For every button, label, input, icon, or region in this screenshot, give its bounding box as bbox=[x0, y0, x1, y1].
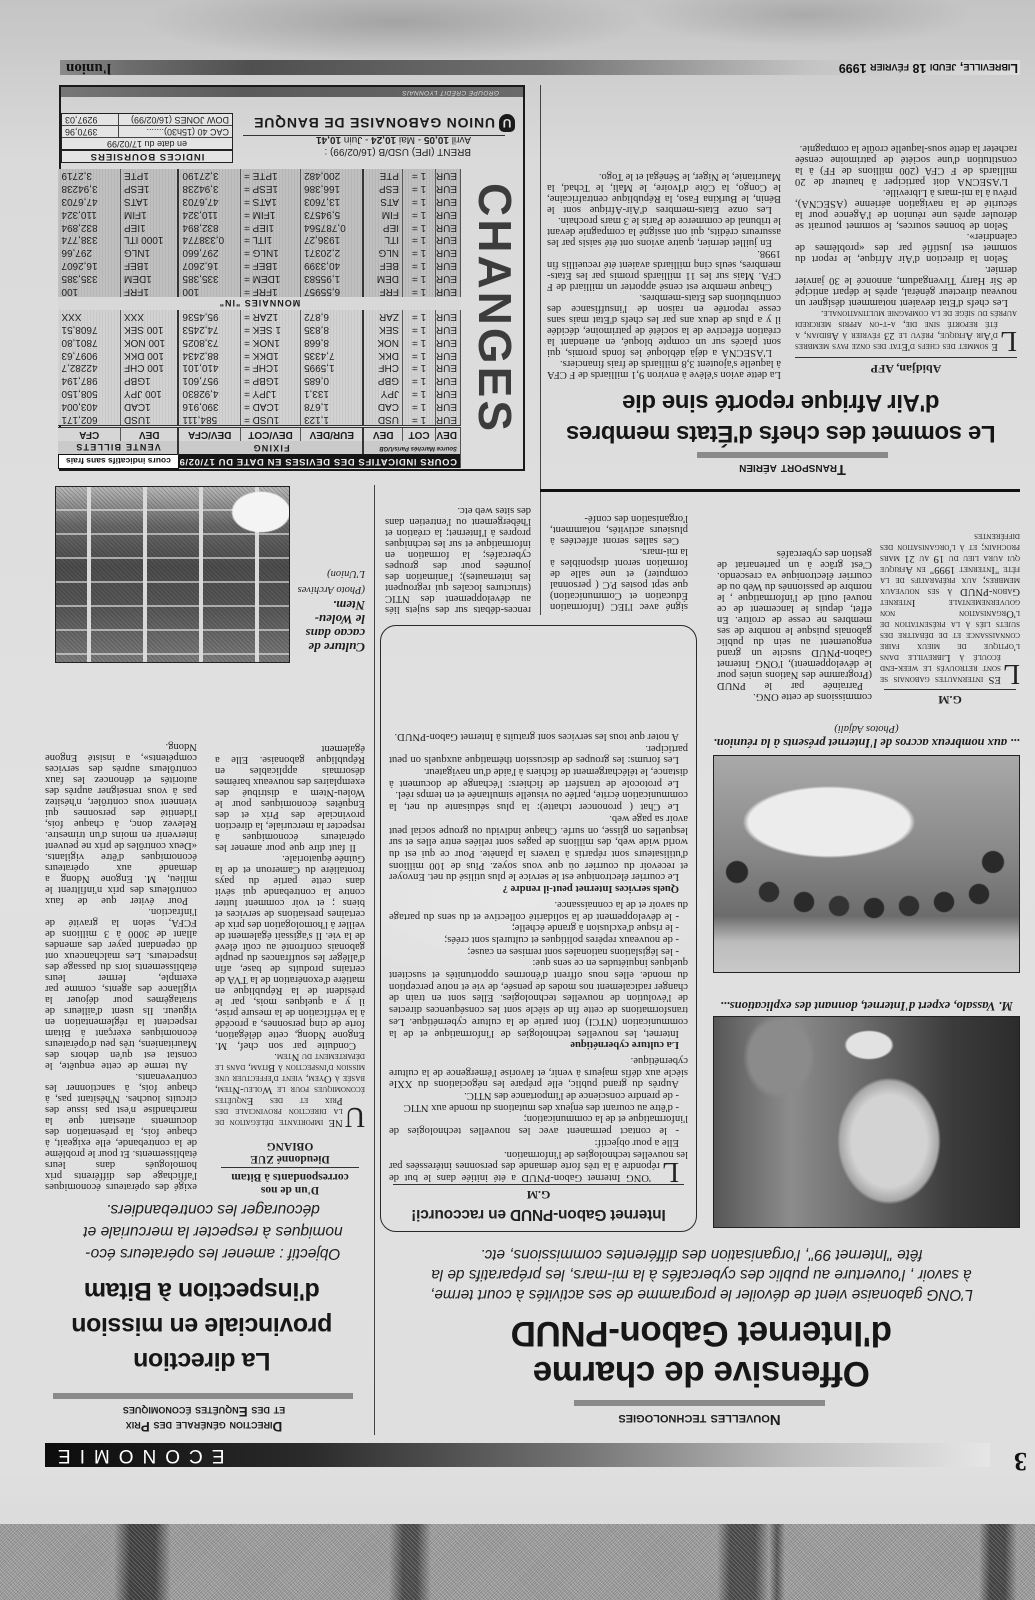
paragraph: - le développement de la solidarité coll… bbox=[389, 898, 688, 921]
column-header: DEV bbox=[364, 427, 403, 442]
photo-vassalo bbox=[713, 1016, 1020, 1228]
caption-text: Culture de cacao dans le Woleu-Ntem. bbox=[305, 598, 365, 655]
column-header: COT bbox=[403, 427, 436, 442]
currency-code: SEK bbox=[364, 323, 403, 336]
base-currency: EUR bbox=[436, 323, 461, 336]
headline-line: provinciale en mission bbox=[72, 1312, 333, 1340]
table-note: cours indicatifs sans frais bbox=[58, 455, 178, 469]
exchange-rates-box: CHANGES COURS INDICATIFS DES DEVISES EN … bbox=[59, 85, 525, 471]
paragraph: Selon la direction d'Air Afrique, le rep… bbox=[795, 231, 1017, 264]
currency-code: FRF bbox=[364, 284, 403, 297]
currency-row: EUR1 =NLG2,203711NLG =297,6601NLG297,66 bbox=[58, 246, 460, 259]
standfirst-line: décourager les contrebandiers. bbox=[106, 1201, 320, 1218]
index-label: DOW JONES (16/02/99) bbox=[118, 114, 232, 125]
base-currency: EUR bbox=[436, 246, 461, 259]
fixing-unit: 1ZAR = bbox=[241, 310, 301, 323]
banknote-unit: 100 CHF bbox=[120, 361, 178, 374]
fixing-unit: 1IEP = bbox=[241, 220, 301, 233]
currency-row: EUR1 =DEM1,955831DEM =335,3851DEM335,385 bbox=[58, 271, 460, 284]
currency-row: EUR1 =ITL1936,271ITL =0,3387741000 ITL33… bbox=[58, 233, 460, 246]
currency-row: EUR1 =FRF6,559571FRF =1001FRF100 bbox=[58, 284, 460, 297]
equals: 1 = bbox=[403, 310, 436, 323]
fixing-cfa: 957,601 bbox=[178, 374, 240, 387]
base-currency: EUR bbox=[436, 182, 461, 195]
currency-row: EUR1 =ESP166,3861ESP =3,942381ESP3,94238 bbox=[58, 182, 460, 195]
air-afrique-headline: Le sommet des chefs d'États membres d'Ai… bbox=[542, 387, 1020, 449]
headline-line: Le sommet des chefs d'États membres bbox=[566, 420, 995, 447]
article-byline: G.M bbox=[880, 693, 1020, 707]
kicker-bar bbox=[53, 1393, 353, 1399]
currency-row: EUR1 =USD1,1231USD =584,1111USD602,171 bbox=[58, 412, 460, 426]
index-value: 3970,96 bbox=[62, 126, 118, 137]
banknote-unit: 1GBP bbox=[120, 374, 178, 387]
banknote-sell-cfa: 3,94238 bbox=[58, 182, 120, 195]
banknote-unit: 1ATS bbox=[120, 195, 178, 208]
paragraph: L'ASECNA a déjà débloqué les fonds promi… bbox=[547, 292, 781, 358]
scanner-bed-edge bbox=[0, 1524, 1035, 1600]
currency-code: NLG bbox=[364, 246, 403, 259]
fixing-cfa: 410,101 bbox=[178, 361, 240, 374]
column-header: CFA bbox=[58, 427, 120, 442]
kicker-line: Direction générale des Prix bbox=[126, 1419, 283, 1434]
equals: 1 = bbox=[403, 182, 436, 195]
headline-line: d'inspection à Bitam bbox=[84, 1277, 319, 1305]
fixing-unit: 1USD = bbox=[241, 412, 301, 426]
currency-code: ATS bbox=[364, 195, 403, 208]
vente-billets-header: VENTE BILLETS bbox=[58, 441, 178, 455]
eur-rate: 5,94573 bbox=[301, 207, 364, 220]
paragraph: Internet, les nouvelles technologies de … bbox=[389, 957, 688, 1039]
paragraph: - de prendre conscience de l'importance … bbox=[389, 1089, 688, 1101]
newspaper-page: 3 ECONOMIE Nouvelles technologies Offens… bbox=[0, 0, 1035, 1600]
subhead: La culture cybernétique bbox=[389, 1039, 688, 1051]
paragraph: - de nouveaux repères politiques et cult… bbox=[389, 933, 688, 945]
banknote-unit: 100 NOK bbox=[120, 335, 178, 348]
brent-oil-prices: BRENT (IPE) USD/B (16/02/99) : Avril 10,… bbox=[241, 133, 471, 157]
fixing-unit: 1JPY = bbox=[241, 387, 301, 400]
paragraph: Les forums: les groupes de discussion th… bbox=[389, 742, 688, 765]
fixing-cfa: 16,2607 bbox=[178, 259, 240, 272]
banknote-unit: 1000 ITL bbox=[120, 233, 178, 246]
bank-signature: U UNION GABONAISE DE BANQUE bbox=[253, 114, 515, 132]
bank-group: GROUPE CRÉDIT LYONNAIS bbox=[402, 87, 499, 97]
banknote-unit: 1DEM bbox=[120, 271, 178, 284]
drop-cap: L bbox=[1000, 329, 1017, 351]
currency-code: GBP bbox=[364, 374, 403, 387]
currency-code: IEP bbox=[364, 220, 403, 233]
headline-line: Offensive de charme bbox=[533, 1354, 870, 1393]
equals: 1 = bbox=[403, 195, 436, 208]
fixing-cfa: 47,6703 bbox=[178, 195, 240, 208]
sidebar-box: Internet Gabon-PNUD en raccourci! G.M L'… bbox=[380, 625, 697, 1232]
bank-group-bar: GROUPE CRÉDIT LYONNAIS bbox=[61, 87, 523, 97]
index-row: DOW JONES (16/02/99) 9297,03 bbox=[62, 114, 232, 125]
column-header: EUR/DEV bbox=[301, 427, 364, 442]
fixing-unit: 1FIM = bbox=[241, 207, 301, 220]
equals: 1 = bbox=[403, 271, 436, 284]
currency-code: JPY bbox=[364, 387, 403, 400]
eur-rate: 0,787564 bbox=[301, 220, 364, 233]
equals: 1 = bbox=[403, 374, 436, 387]
bank-logo-icon: U bbox=[499, 114, 515, 132]
eur-rate: 13,7603 bbox=[301, 195, 364, 208]
paragraph: UNE importante délégation de la directio… bbox=[215, 1051, 365, 1128]
paragraph: La dette avion s'élève à environ 9,1 mil… bbox=[547, 358, 781, 380]
equals: 1 = bbox=[403, 412, 436, 426]
eur-rate: 1,678 bbox=[301, 399, 364, 412]
equals: 1 = bbox=[403, 361, 436, 374]
currency-row: EUR1 =SEK8,8351 SEK =74,2453100 SEK7608,… bbox=[58, 323, 460, 336]
paragraph: Le protocole de transfert de fichiers: l… bbox=[389, 765, 688, 788]
currency-code: ITL bbox=[364, 233, 403, 246]
euro-currency-rows: EUR1 =FRF6,559571FRF =1001FRF100EUR1 =DE… bbox=[58, 169, 460, 297]
currency-row: EUR1 =ATS13,76031ATS =47,67031ATS47,6703 bbox=[58, 195, 460, 208]
byline-intro: D'un de nos bbox=[215, 1183, 365, 1196]
banknote-sell-cfa: 338,774 bbox=[58, 233, 120, 246]
equals: 1 = bbox=[403, 348, 436, 361]
section-banner: ECONOMIE bbox=[45, 1443, 990, 1467]
bitam-column-1: UNE importante délégation de la directio… bbox=[215, 673, 365, 1128]
currency-code: CAD bbox=[364, 399, 403, 412]
changes-label: CHANGES bbox=[470, 166, 520, 451]
indices-title: INDICES BOURSIERS bbox=[62, 149, 232, 162]
air-afrique-kicker: Transport aérien bbox=[697, 460, 888, 477]
eur-rate: 1,123 bbox=[301, 412, 364, 426]
paragraph: Le courrier électronique est le service … bbox=[389, 812, 688, 882]
paragraph: Les onze Etats-membres d'Air-Afrique son… bbox=[547, 171, 781, 215]
fixing-unit: 1NOK = bbox=[241, 335, 301, 348]
banknote-sell-cfa: 7801,80 bbox=[58, 335, 120, 348]
fixing-cfa: 100 bbox=[178, 284, 240, 297]
eur-rate: 1936,27 bbox=[301, 233, 364, 246]
equals: 1 = bbox=[403, 284, 436, 297]
banknote-unit: 1BEF bbox=[120, 259, 178, 272]
monnaies-in-label: MONNAIES "IN" bbox=[58, 297, 460, 310]
byline-author: Dieudonné ZUE bbox=[215, 1152, 365, 1165]
banknote-unit: 100 DKK bbox=[120, 348, 178, 361]
index-label: CAC 40 (15h30)....... bbox=[118, 126, 232, 137]
fixing-unit: 1ATS = bbox=[241, 195, 301, 208]
paragraph: Conduite par son chef, M. Engone Ndong, … bbox=[215, 853, 365, 1051]
banknote-unit: 1ESP bbox=[120, 182, 178, 195]
column-text: LES internautes gabonais se sont retrouv… bbox=[880, 495, 1020, 685]
eur-rate: 7,4335 bbox=[301, 348, 364, 361]
photo-credit: (Photo Archives L'Union) bbox=[298, 568, 365, 595]
banknote-sell-cfa: 297,66 bbox=[58, 246, 120, 259]
currency-code: ESP bbox=[364, 182, 403, 195]
headline-line: La direction bbox=[134, 1347, 271, 1375]
banknote-sell-cfa: 3,2719 bbox=[58, 169, 120, 182]
banknote-sell-cfa: 987,194 bbox=[58, 374, 120, 387]
table-group-row: Source Marchés Paris/UGB FIXING VENTE BI… bbox=[58, 441, 460, 455]
currency-row: EUR1 =ZAR6,8721ZAR =95,4536XXXXXX bbox=[58, 310, 460, 323]
currency-code: ZAR bbox=[364, 310, 403, 323]
fixing-unit: 1DEM = bbox=[241, 271, 301, 284]
headline-line: d'Air Afrique reporté sine die bbox=[623, 389, 940, 416]
banknote-sell-cfa: 832,894 bbox=[58, 220, 120, 233]
divider bbox=[243, 135, 505, 136]
kicker-bar bbox=[697, 452, 888, 458]
banknote-unit: 1IEP bbox=[120, 220, 178, 233]
column-rule bbox=[374, 485, 375, 1435]
paragraph: Elle a pour objectif: bbox=[389, 1136, 688, 1148]
drop-cap: U bbox=[345, 1105, 365, 1127]
section-title: ECONOMIE bbox=[49, 1444, 224, 1466]
subhead: Quels services Internet peut-il rendre ? bbox=[389, 882, 688, 894]
sidebar-text: L'ONG Internet Gabon-PNUD a été initiée … bbox=[389, 634, 688, 1183]
fixing-unit: 1CHF = bbox=[241, 361, 301, 374]
currency-code: CHF bbox=[364, 361, 403, 374]
fixing-cfa: 74,2453 bbox=[178, 323, 240, 336]
eur-rate: 40,3399 bbox=[301, 259, 364, 272]
banknote-unit: 1FIM bbox=[120, 207, 178, 220]
eur-rate: 166,386 bbox=[301, 182, 364, 195]
divider bbox=[795, 357, 1017, 358]
base-currency: EUR bbox=[436, 361, 461, 374]
banknote-unit: 1USD bbox=[120, 412, 178, 426]
paragraph: LE sommet des chefs d'Etat des onze pays… bbox=[795, 308, 1017, 352]
equals: 1 = bbox=[403, 233, 436, 246]
section-row: MONNAIES "IN" bbox=[58, 297, 460, 310]
internet-column-2: commissions de cette ONG. Parrainée par … bbox=[717, 492, 872, 702]
banknote-sell-cfa: 335,385 bbox=[58, 271, 120, 284]
base-currency: EUR bbox=[436, 399, 461, 412]
base-currency: EUR bbox=[436, 207, 461, 220]
index-value: 9297,03 bbox=[62, 114, 118, 125]
footer-dateline: Libreville, jeudi 18 février 1999 bbox=[839, 60, 1018, 75]
fixing-header: FIXING bbox=[178, 441, 363, 455]
paragraph: - les législations nationales sont remis… bbox=[389, 945, 688, 957]
banknote-unit: 1NLG bbox=[120, 246, 178, 259]
internet-headline: Offensive de charme d'Internet Gabon-PNU… bbox=[380, 1313, 1023, 1393]
base-currency: EUR bbox=[436, 387, 461, 400]
currency-row: EUR1 =BEF40,33991BEF =16,26071BEF16,2607 bbox=[58, 259, 460, 272]
fixing-unit: 1GBP = bbox=[241, 374, 301, 387]
drop-cap: L bbox=[1003, 662, 1020, 684]
equals: 1 = bbox=[403, 246, 436, 259]
eur-rate: 8,835 bbox=[301, 323, 364, 336]
bank-name: UNION GABONAISE DE BANQUE bbox=[253, 114, 495, 132]
base-currency: EUR bbox=[436, 271, 461, 284]
column-header: DEV bbox=[120, 427, 178, 442]
eur-rate: 0,685 bbox=[301, 374, 364, 387]
paragraph: Selon de bonnes sources, le sommet pourr… bbox=[795, 187, 1017, 231]
byline-intro: correspondants à Bitam bbox=[215, 1170, 365, 1183]
column-header: DEV bbox=[436, 427, 461, 442]
banknote-unit: 1PTE bbox=[120, 169, 178, 182]
column-header: DEV/CFA bbox=[178, 427, 240, 442]
base-currency: EUR bbox=[436, 233, 461, 246]
internet-standfirst: L'ONG gabonaise vient de dévoiler le pro… bbox=[380, 1244, 1023, 1304]
equals: 1 = bbox=[403, 335, 436, 348]
internet-column-1: G.M LES internautes gabonais se sont ret… bbox=[880, 495, 1020, 707]
byline-author: OBIANG bbox=[215, 1139, 365, 1152]
base-currency: EUR bbox=[436, 220, 461, 233]
exchange-rates-table: COURS INDICATIFS DES DEVISES EN DATE DU … bbox=[58, 169, 461, 469]
photo-caption-cacao: Culture de cacao dans le Woleu-Ntem. (Ph… bbox=[293, 566, 365, 654]
air-afrique-column-1: LE sommet des chefs d'Etat des onze pays… bbox=[795, 90, 1017, 352]
standfirst-line: L'ONG gabonaise vient de dévoiler le pro… bbox=[430, 1286, 973, 1303]
base-currency: EUR bbox=[436, 412, 461, 426]
photo-caption-meeting: ... aux nombreux accros de l'Internet pr… bbox=[713, 722, 1020, 749]
paragraph: - le contact permanent avec les nouvelle… bbox=[389, 1113, 688, 1136]
kicker-bar bbox=[574, 1400, 825, 1406]
base-currency: EUR bbox=[436, 310, 461, 323]
brent-label: BRENT (IPE) USD/B (16/02/99) : bbox=[241, 145, 471, 157]
fixing-cfa: 832,894 bbox=[178, 220, 240, 233]
paragraph: - le risque d'exclusion à grande échelle… bbox=[389, 922, 688, 934]
eur-rate: 200,482 bbox=[301, 169, 364, 182]
eur-rate: 6,55957 bbox=[301, 284, 364, 297]
banknote-sell-cfa: 508,150 bbox=[58, 387, 120, 400]
fixing-unit: 1NLG = bbox=[241, 246, 301, 259]
eur-rate: 133,1 bbox=[301, 387, 364, 400]
headline-line: d'Internet Gabon-PNUD bbox=[511, 1314, 892, 1353]
base-currency: EUR bbox=[436, 169, 461, 182]
page-footer: Libreville, jeudi 18 février 1999 l'unio… bbox=[60, 60, 1020, 75]
currency-row: EUR1 =CHF1,59951CHF =410,101100 CHF42282… bbox=[58, 361, 460, 374]
equals: 1 = bbox=[403, 169, 436, 182]
sidebar-title: Internet Gabon-PNUD en raccourci! bbox=[381, 1205, 696, 1223]
paragraph: Il faut dire que pour amener les opérate… bbox=[215, 743, 365, 853]
eur-rate: 1,95583 bbox=[301, 271, 364, 284]
photo-credit: (Photos Adjali) bbox=[834, 723, 898, 734]
fixing-cfa: 4,92830 bbox=[178, 387, 240, 400]
paragraph: commissions de cette ONG. bbox=[717, 691, 872, 702]
fixing-cfa: 95,4536 bbox=[178, 310, 240, 323]
paragraph: Les chefs d'Etat devaient notamment dési… bbox=[795, 264, 1017, 308]
sidebar-byline: G.M bbox=[381, 1188, 696, 1202]
paragraph: Auprès du grand public, elle prépare les… bbox=[389, 1054, 688, 1089]
currency-code: PTE bbox=[364, 169, 403, 182]
page-number: 3 bbox=[1014, 1446, 1027, 1476]
banknote-sell-cfa: 403,004 bbox=[58, 399, 120, 412]
divider bbox=[393, 1184, 684, 1185]
bitam-headline: La direction provinciale en mission d'in… bbox=[37, 1273, 367, 1378]
fixing-cfa: 88,2434 bbox=[178, 348, 240, 361]
currency-row: EUR1 =CAD1,6781CAD =390,9161CAD403,004 bbox=[58, 399, 460, 412]
banknote-sell-cfa: 602,171 bbox=[58, 412, 120, 426]
currency-row: EUR1 =NOK8,6681NOK =73,8025100 NOK7801,8… bbox=[58, 335, 460, 348]
paragraph: Ces salles seront affectées à plusieurs … bbox=[550, 513, 688, 546]
foreign-currency-rows: EUR1 =USD1,1231USD =584,1111USD602,171EU… bbox=[58, 310, 460, 427]
divider bbox=[884, 689, 1016, 690]
base-currency: EUR bbox=[436, 335, 461, 348]
internet-column-4: rences-débats sur des sujets liés au dév… bbox=[385, 489, 531, 615]
caption-text: M. Vassalo, expert d'Internet, donnant d… bbox=[720, 999, 1012, 1013]
air-afrique-column-2: La dette avion s'élève à environ 9,1 mil… bbox=[547, 88, 781, 380]
paragraph: signé avec l'IEC (Information Éducation … bbox=[550, 546, 688, 612]
base-currency: EUR bbox=[436, 195, 461, 208]
currency-code: BEF bbox=[364, 259, 403, 272]
bitam-byline: D'un de nos correspondants à Bitam Dieud… bbox=[215, 1139, 365, 1196]
currency-code: FIM bbox=[364, 207, 403, 220]
table-source: Source Marchés Paris/UGB bbox=[364, 441, 461, 455]
air-afrique-dateline: Abidjan, AFP bbox=[795, 362, 1017, 376]
banknote-unit: 100 SEK bbox=[120, 323, 178, 336]
banknote-sell-cfa: 7608,51 bbox=[58, 323, 120, 336]
base-currency: EUR bbox=[436, 348, 461, 361]
banknote-sell-cfa: 110,324 bbox=[58, 207, 120, 220]
paragraph: En juillet dernier, quatre avions ont ét… bbox=[547, 215, 781, 248]
banknote-sell-cfa: 9097,63 bbox=[58, 348, 120, 361]
standfirst-line: à savoir , l'ouverture au public des cyb… bbox=[431, 1266, 971, 1283]
paragraph: rences-débats sur des sujets liés au dév… bbox=[385, 505, 531, 615]
paragraph: Pour éviter que de faux contrôleurs des … bbox=[45, 741, 197, 906]
equals: 1 = bbox=[403, 220, 436, 233]
column-rule bbox=[540, 85, 541, 615]
internet-column-3: signé avec l'IEC (Information Éducation … bbox=[550, 494, 688, 612]
banknote-unit: XXX bbox=[120, 310, 178, 323]
kicker-line: et des Enquêtes économiques bbox=[123, 1404, 285, 1419]
fixing-cfa: 297,660 bbox=[178, 246, 240, 259]
equals: 1 = bbox=[403, 207, 436, 220]
index-row: CAC 40 (15h30)....... 3970,96 bbox=[62, 125, 232, 137]
paragraph: exigé des opérateurs économiques l'affic… bbox=[45, 1071, 197, 1192]
fixing-unit: 1ITL = bbox=[241, 233, 301, 246]
caption-text: ... aux nombreux accros de l'Internet pr… bbox=[714, 736, 1020, 750]
currency-row: EUR1 =PTE200,4821PTE =3,271901PTE3,2719 bbox=[58, 169, 460, 182]
stock-indices-box: INDICES BOURSIERS en date du 17/02/99 CA… bbox=[61, 113, 233, 163]
banknote-sell-cfa: 16,2607 bbox=[58, 259, 120, 272]
fixing-cfa: 110,324 bbox=[178, 207, 240, 220]
fixing-cfa: 390,916 bbox=[178, 399, 240, 412]
banknote-unit: 100 JPY bbox=[120, 387, 178, 400]
currency-code: NOK bbox=[364, 335, 403, 348]
standfirst-line: Objectif : amener les opérateurs éco- bbox=[86, 1245, 341, 1262]
currency-code: USD bbox=[364, 412, 403, 426]
divider bbox=[221, 1167, 359, 1168]
currency-row: EUR1 =FIM5,945731FIM =110,3241FIM110,324 bbox=[58, 207, 460, 220]
paragraph: Le Chat ( prononcer tchatte): la plus sé… bbox=[389, 789, 688, 812]
equals: 1 = bbox=[403, 323, 436, 336]
equals: 1 = bbox=[403, 399, 436, 412]
banknote-unit: 1FRF bbox=[120, 284, 178, 297]
eur-rate: 1,5995 bbox=[301, 361, 364, 374]
standfirst-line: fête "Internet 99", l'organisation des d… bbox=[480, 1246, 922, 1263]
photo-meeting bbox=[713, 755, 1020, 973]
fixing-cfa: 73,8025 bbox=[178, 335, 240, 348]
fixing-unit: 1ESP = bbox=[241, 182, 301, 195]
standfirst-line: nomiques à respecter la mercuriale et bbox=[83, 1223, 342, 1240]
fixing-unit: 1 SEK = bbox=[241, 323, 301, 336]
paragraph: Chaque membre est censé apporter un mill… bbox=[547, 248, 781, 292]
banknote-sell-cfa: 42282,7 bbox=[58, 361, 120, 374]
fixing-unit: 1FRF = bbox=[241, 284, 301, 297]
paragraph: - d'être au courant des enjeux des mutat… bbox=[389, 1101, 688, 1113]
paragraph: L'ONG Internet Gabon-PNUD a été initiée … bbox=[389, 1148, 688, 1183]
fixing-cfa: 584,111 bbox=[178, 412, 240, 426]
equals: 1 = bbox=[403, 387, 436, 400]
monnaies-in-separator: MONNAIES "IN" bbox=[58, 297, 460, 310]
banknote-sell-cfa: XXX bbox=[58, 310, 120, 323]
bitam-kicker: Direction générale des Prix et des Enquê… bbox=[53, 1404, 355, 1434]
bitam-standfirst: Objectif : amener les opérateurs éco- no… bbox=[63, 1198, 363, 1264]
fixing-unit: 1DKK = bbox=[241, 348, 301, 361]
fixing-cfa: 3,94238 bbox=[178, 182, 240, 195]
banknote-sell-cfa: 47,6703 bbox=[58, 195, 120, 208]
eur-rate: 8,668 bbox=[301, 335, 364, 348]
currency-code: DEM bbox=[364, 271, 403, 284]
photo-cacao-plantation bbox=[55, 486, 290, 663]
base-currency: EUR bbox=[436, 284, 461, 297]
column-header: DEV/COT bbox=[241, 427, 301, 442]
fixing-cfa: 0,338774 bbox=[178, 233, 240, 246]
masthead-logo: l'union bbox=[66, 60, 111, 76]
eur-rate: 2,20371 bbox=[301, 246, 364, 259]
banknote-unit: 1CAD bbox=[120, 399, 178, 412]
fixing-cfa: 335,385 bbox=[178, 271, 240, 284]
